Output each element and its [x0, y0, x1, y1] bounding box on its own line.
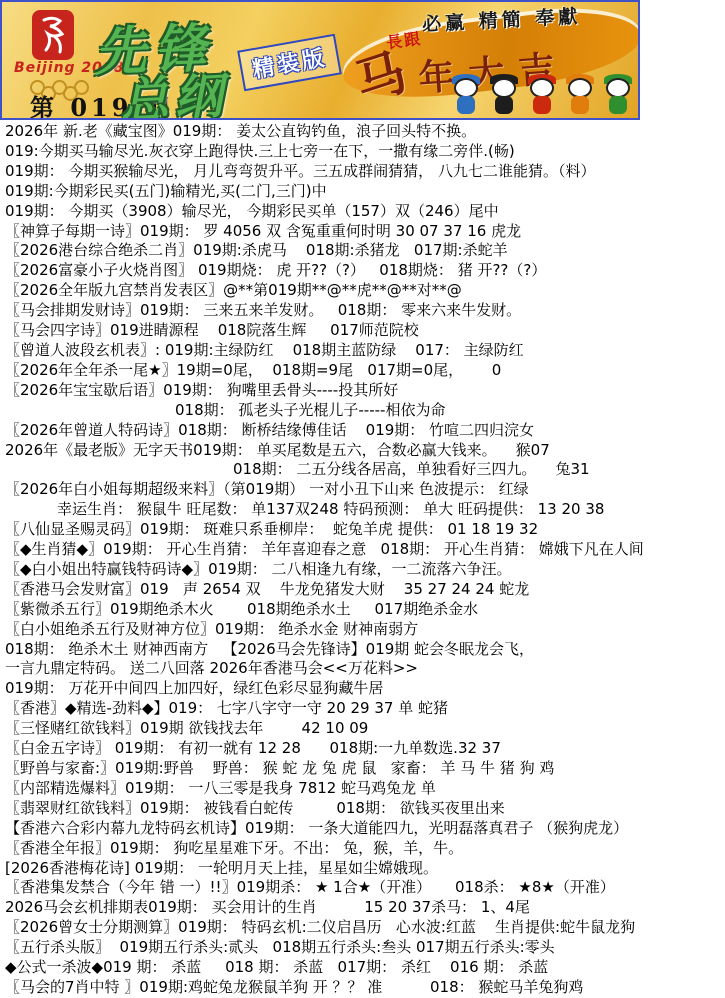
mascot-green-icon — [602, 78, 634, 116]
text-line: 018期： 绝杀木土 财神西南方 【2026马会先锋诗】019期 蛇会冬眠龙会飞… — [0, 640, 725, 660]
text-line: 2026年 新.老《藏宝图》019期： 姜太公直钩钓鱼，浪子回头特不换。 — [0, 122, 725, 142]
text-line: 〖三怪赌红欲钱料〗019期 欲钱找去年 42 10 09 — [0, 719, 725, 739]
text-line: 2026年《最老版》无字天书019期： 单买尾数是五六，合数必赢大钱来。 猴07 — [0, 441, 725, 461]
text-line: 〖香港全年报〗019期： 狗吃星星难下牙。不出： 兔，猴，羊，牛。 — [0, 839, 725, 859]
text-line: 〖香港〗◆精选-劲料◆】019： 七字八字守一守 20 29 37 单 蛇猪 — [0, 699, 725, 719]
text-line: 【香港六合彩内幕九龙特码玄机诗】019期： 一条大道能四九，光明磊落真君子 （猴… — [0, 819, 725, 839]
beijing-2008-seal-icon — [32, 10, 74, 60]
text-line: 〖2026全年版九宫禁肖发表区〗@**第019期**@**虎**@**对**@ — [0, 281, 725, 301]
text-line: 一言九鼎定特码。 送二八回落 2026年香港马会<<万花料>> — [0, 659, 725, 679]
text-line: [2026香港梅花诗] 019期： 一轮明月天上挂，星星如尘嫦娥现。 — [0, 859, 725, 879]
content-lines: 2026年 新.老《藏宝图》019期： 姜太公直钩钓鱼，浪子回头特不换。019:… — [0, 122, 725, 998]
text-line: 018期： 孤老头子光棍儿子-----相依为命 — [0, 401, 725, 421]
text-line: 〖马会排期发财诗〗019期： 三来五来羊发财。 018期： 零来六来牛发财。 — [0, 301, 725, 321]
text-line: 〖八仙显圣赐灵码〗019期： 斑难只系垂柳岸： 蛇兔羊虎 提供： 01 18 1… — [0, 520, 725, 540]
text-line: 〖紫微杀五行〗019期绝杀木火 018期绝杀水土 017期绝杀金水 — [0, 600, 725, 620]
text-line: 〖2026曾女士分期测算〗019期： 特码玄机:二仪启昌历 心水波:红蓝 生肖提… — [0, 918, 725, 938]
text-line: 018期： 二五分线各居高，单独看好三四九。 兔31 — [0, 460, 725, 480]
mascot-orange-icon — [564, 78, 596, 116]
text-line: 〖神算子每期一诗〗019期： 罗 4056 双 含冤重重何时明 30 07 37… — [0, 222, 725, 242]
text-line: 〖2026年曾道人特码诗〗018期： 断桥结缘傅佳话 019期： 竹喧二四归浣女 — [0, 421, 725, 441]
text-line: 〖◆生肖猜◆〗019期： 开心生肖猜： 羊年喜迎春之意 018期： 开心生肖猜：… — [0, 540, 725, 560]
text-line: ◆公式一杀波◆019 期： 杀蓝 018 期： 杀蓝 017期： 杀红 016 … — [0, 958, 725, 978]
text-line: 019期： 今期买（3908）输尽光， 今期彩民买单（157）双（246）尾中 — [0, 202, 725, 222]
text-line: 〖2026港台综合绝杀二肖〗019期:杀虎马 018期:杀猪龙 017期:杀蛇羊 — [0, 241, 725, 261]
text-line: 2026马会玄机排期表019期： 买会用计的生肖 15 20 37杀马： 1、4… — [0, 898, 725, 918]
mascot-panda-icon — [488, 78, 520, 116]
edition-badge: 精装版 — [237, 34, 342, 92]
text-line: 〖五行杀头版〗 019期五行杀头:贰头 018期五行杀头:叁头 017期五行杀头… — [0, 938, 725, 958]
text-line: 〖香港马会发财富〗019 声 2654 双 牛龙免猪发大财 35 27 24 2… — [0, 580, 725, 600]
text-line: 〖翡翠财红欲钱料〗019期： 被钱看白蛇传 018期： 欲钱买夜里出来 — [0, 799, 725, 819]
mascot-blue-icon — [450, 78, 482, 116]
text-line: 〖2026年全年杀一尾★〗19期=0尾， 018期=9尾 017期=0尾， 0 — [0, 361, 725, 381]
mascot-flame-icon — [526, 78, 558, 116]
text-line: 〖2026年宝宝歇后语〗019期： 狗嘴里丢骨头----投其所好 — [0, 381, 725, 401]
fuwa-mascots — [450, 78, 634, 116]
text-line: 019:今期买马输尽光.灰衣穿上跑得快.三上七旁一在下，一撒有缘二旁伴.(畅) — [0, 142, 725, 162]
text-line: 〖马会四字诗〗019进睛源程 018院落生辉 017师范院校 — [0, 321, 725, 341]
page: Beijing 2008 第 019 期 先锋 总纲 精装版 必赢 精簡 奉獻 … — [0, 0, 725, 998]
text-line: 〖白金五字诗〗 019期： 有初一就有 12 28 018期:一九单数选.32 … — [0, 739, 725, 759]
text-line: 019期： 万花开中间四上加四好，绿红色彩尽显狗藏牛居 — [0, 679, 725, 699]
slogan-main-first-char: 马 — [345, 28, 428, 116]
text-line: 019期:今期彩民买(五门)输精光,买(二门,三门)中 — [0, 182, 725, 202]
text-line: 019期： 今期买猴输尽光， 月儿弯弯贺升平。三五成群闹猜猜， 八九七二谁能猜。… — [0, 162, 725, 182]
masthead: Beijing 2008 第 019 期 先锋 总纲 精装版 必赢 精簡 奉獻 … — [0, 0, 640, 120]
text-line: 〖马会的7肖中特 〗019期:鸡蛇兔龙猴鼠羊狗 开 ？？ 准 018： 猴蛇马羊… — [0, 978, 725, 998]
text-line: 〖内部精选爆料〗019期： 一八三零是我身 7812 蛇马鸡兔龙 单 — [0, 779, 725, 799]
page-title-bottom: 总纲 — [118, 57, 229, 120]
text-line: 〖香港集发禁合（今年 错 一）!!〗019期杀： ★ 1合★（开准） 018杀：… — [0, 878, 725, 898]
text-line: 〖2026年白小姐每期超级来料〗（第019期） 一对小丑下山来 色波提示： 红绿 — [0, 480, 725, 500]
text-line: 〖2026富豪小子火烧肖图〗 019期烧： 虎 开??（?） 018期烧： 猪 … — [0, 261, 725, 281]
text-line: 幸运生肖： 猴鼠牛 旺尾数： 单137双248 特码预测： 单大 旺码提供： 1… — [0, 500, 725, 520]
text-line: 〖◆白小姐出特赢钱特码诗◆〗019期： 二八相逢九有缘，一二流落六争汪。 — [0, 560, 725, 580]
text-line: 〖曾道人波段玄机表〗: 019期:主绿防红 018期主蓝防绿 017： 主绿防红 — [0, 341, 725, 361]
text-line: 〖野兽与家畜:〗019期:野兽 野兽： 猴 蛇 龙 兔 虎 鼠 家畜： 羊 马 … — [0, 759, 725, 779]
text-line: 〖白小姐绝杀五行及财神方位〗019期： 绝杀水金 财神南弱方 — [0, 620, 725, 640]
